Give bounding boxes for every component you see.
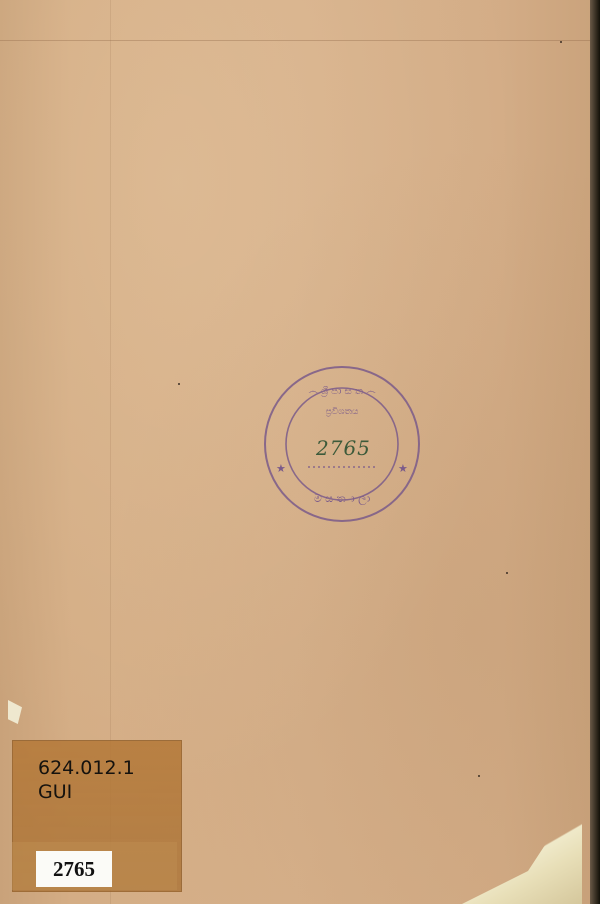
stamp-accession-number: 2765 [316, 436, 371, 460]
speck [478, 775, 480, 777]
svg-text:ම ස ත ා ලා: ම ස ත ා ලා [314, 492, 371, 506]
call-number: 624.012.1 GUI [38, 756, 135, 804]
paper-tear [8, 700, 22, 724]
page-edge-shadow [590, 0, 600, 904]
svg-text:෴ ශ්‍රී පා ස ත ෴: ෴ ශ්‍රී පා ස ත ෴ [308, 386, 376, 397]
svg-text:ප්‍රවිශතය: ප්‍රවිශතය [326, 406, 359, 417]
speck [560, 41, 562, 43]
speck [178, 383, 180, 385]
book-back-cover: ෴ ශ්‍රී පා ස ත ෴ ප්‍රවිශතය ★ ★ ම ස ත ා ල… [0, 0, 592, 904]
crease-line [0, 40, 592, 41]
call-number-line1: 624.012.1 [38, 756, 135, 780]
library-stamp: ෴ ශ්‍රී පා ස ත ෴ ප්‍රවිශතය ★ ★ ම ස ත ා ල… [262, 364, 422, 524]
svg-text:★: ★ [398, 462, 408, 475]
call-number-line2: GUI [38, 780, 135, 804]
speck [506, 572, 508, 574]
accession-label: 2765 [36, 851, 112, 887]
torn-corner [462, 794, 582, 904]
svg-text:★: ★ [276, 462, 286, 475]
